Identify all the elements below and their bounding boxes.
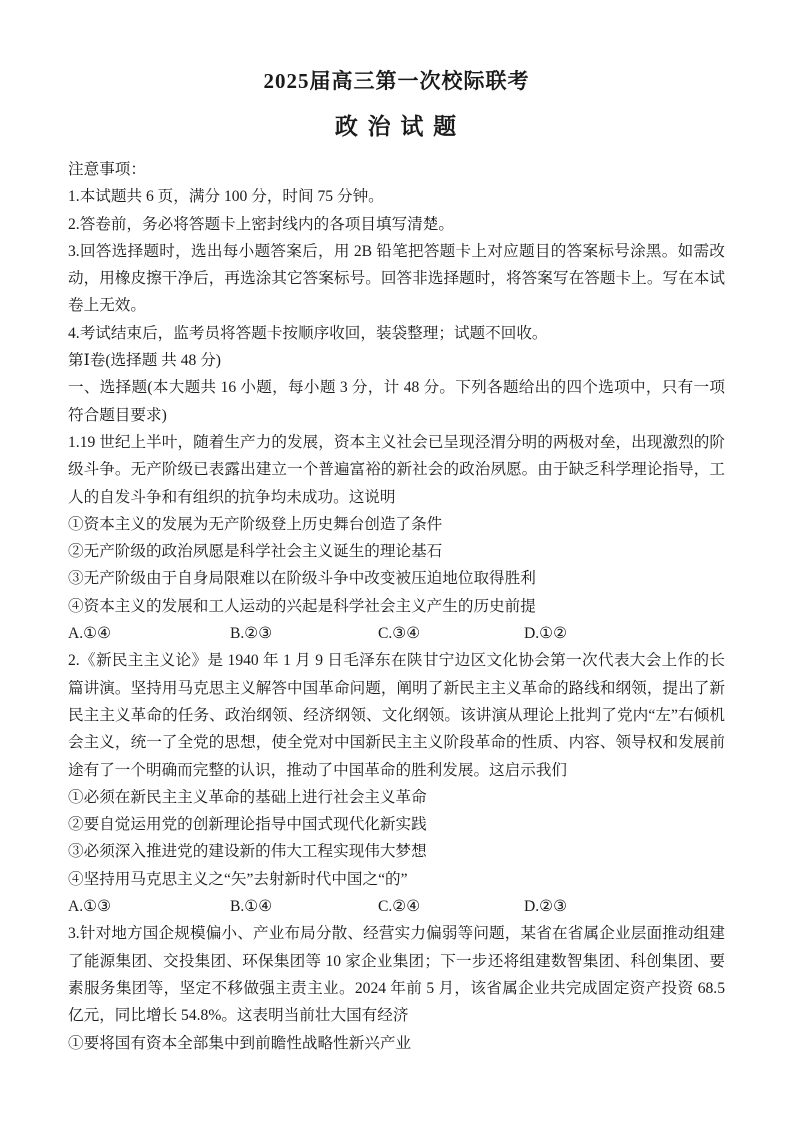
question-3: 3.针对地方国企规模偏小、产业布局分散、经营实力偏弱等问题，某省在省属企业层面推… <box>68 920 725 1056</box>
question-1-statement-2: ②无产阶级的政治夙愿是科学社会主义诞生的理论基石 <box>68 538 725 565</box>
question-1-choice-row: A.①④ B.②③ C.③④ D.①② <box>68 620 725 647</box>
question-1-statement-3: ③无产阶级由于自身局限难以在阶级斗争中改变被压迫地位取得胜利 <box>68 565 725 592</box>
question-2: 2.《新民主主义论》是 1940 年 1 月 9 日毛泽东在陕甘宁边区文化协会第… <box>68 647 725 920</box>
notice-item-3: 3.回答选择题时，选出每小题答案后，用 2B 铅笔把答题卡上对应题目的答案标号涂… <box>68 238 725 320</box>
question-1-choice-a: A.①④ <box>68 620 230 647</box>
exam-title: 2025届高三第一次校际联考 <box>68 66 725 96</box>
question-2-choice-b: B.①④ <box>230 893 378 920</box>
question-1-choice-b: B.②③ <box>230 620 378 647</box>
question-2-choice-row: A.①③ B.①④ C.②④ D.②③ <box>68 893 725 920</box>
question-1: 1.19 世纪上半叶，随着生产力的发展，资本主义社会已呈现泾渭分明的两极对垒，出… <box>68 429 725 647</box>
question-2-choice-c: C.②④ <box>378 893 524 920</box>
section-1-heading: 第Ⅰ卷(选择题 共 48 分) <box>68 347 725 374</box>
question-1-statement-4: ④资本主义的发展和工人运动的兴起是科学社会主义产生的历史前提 <box>68 593 725 620</box>
question-2-statement-1: ①必须在新民主主义革命的基础上进行社会主义革命 <box>68 784 725 811</box>
question-2-statement-2: ②要自觉运用党的创新理论指导中国式现代化新实践 <box>68 811 725 838</box>
question-2-choice-a: A.①③ <box>68 893 230 920</box>
question-2-statement-4: ④坚持用马克思主义之“矢”去射新时代中国之“的” <box>68 866 725 893</box>
question-2-statement-3: ③必须深入推进党的建设新的伟大工程实现伟大梦想 <box>68 838 725 865</box>
exam-body: 注意事项： 1.本试题共 6 页，满分 100 分，时间 75 分钟。 2.答卷… <box>68 156 725 1057</box>
question-1-choice-d: D.①② <box>524 620 725 647</box>
question-2-choice-d: D.②③ <box>524 893 725 920</box>
exam-subject-title: 政 治 试 题 <box>68 110 725 144</box>
notice-item-4: 4.考试结束后，监考员将答题卡按顺序收回，装袋整理；试题不回收。 <box>68 320 725 347</box>
notice-item-1: 1.本试题共 6 页，满分 100 分，时间 75 分钟。 <box>68 183 725 210</box>
question-1-statement-1: ①资本主义的发展为无产阶级登上历史舞台创造了条件 <box>68 511 725 538</box>
question-3-statement-1: ①要将国有资本全部集中到前瞻性战略性新兴产业 <box>68 1030 725 1057</box>
question-2-stem: 2.《新民主主义论》是 1940 年 1 月 9 日毛泽东在陕甘宁边区文化协会第… <box>68 647 725 783</box>
section-1-instruction: 一、选择题(本大题共 16 小题，每小题 3 分，计 48 分。下列各题给出的四… <box>68 374 725 429</box>
question-3-stem: 3.针对地方国企规模偏小、产业布局分散、经营实力偏弱等问题，某省在省属企业层面推… <box>68 920 725 1029</box>
notice-item-2: 2.答卷前，务必将答题卡上密封线内的各项目填写清楚。 <box>68 211 725 238</box>
question-1-stem: 1.19 世纪上半叶，随着生产力的发展，资本主义社会已呈现泾渭分明的两极对垒，出… <box>68 429 725 511</box>
exam-page: 2025届高三第一次校际联考 政 治 试 题 注意事项： 1.本试题共 6 页，… <box>0 0 793 1121</box>
question-1-choice-c: C.③④ <box>378 620 524 647</box>
notice-heading: 注意事项： <box>68 156 725 183</box>
